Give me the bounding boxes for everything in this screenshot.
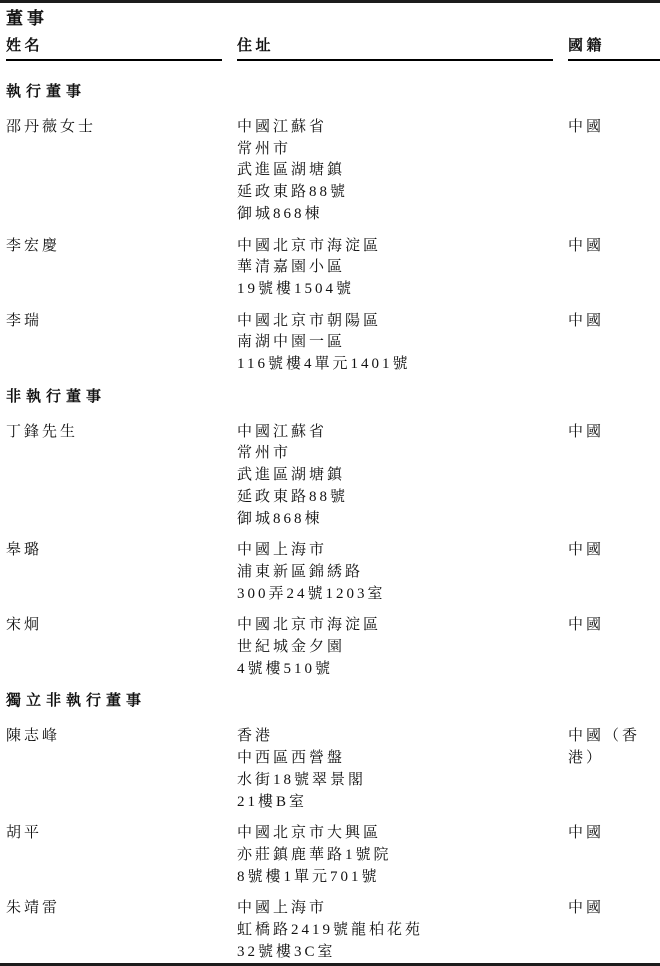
director-name: 皋璐 bbox=[6, 540, 237, 605]
column-header-address: 住址 bbox=[237, 38, 553, 61]
address-line: 8號樓1單元701號 bbox=[237, 867, 568, 889]
director-row: 邵丹薇女士中國江蘇省常州市武進區湖塘鎮延政東路88號御城868棟中國 bbox=[6, 117, 660, 226]
section-heading: 獨立非執行董事 bbox=[6, 692, 660, 710]
director-row: 李瑞中國北京市朝陽區南湖中園一區116號樓4單元1401號中國 bbox=[6, 311, 660, 376]
director-name: 邵丹薇女士 bbox=[6, 117, 237, 226]
address-line: 中國北京市大興區 bbox=[237, 823, 568, 845]
director-address: 中國北京市朝陽區南湖中園一區116號樓4單元1401號 bbox=[237, 311, 568, 376]
address-line: 中國北京市海淀區 bbox=[237, 615, 568, 637]
address-line: 中國上海市 bbox=[237, 540, 568, 562]
address-line: 中西區西營盤 bbox=[237, 748, 568, 770]
director-address: 中國上海市虹橋路2419號龍柏花苑32號樓3C室 bbox=[237, 898, 568, 963]
page-title: 董事 bbox=[6, 5, 660, 30]
director-name: 李宏慶 bbox=[6, 236, 237, 301]
address-line: 香港 bbox=[237, 726, 568, 748]
address-line: 300弄24號1203室 bbox=[237, 584, 568, 606]
document-page: 董事 姓名 住址 國籍 執行董事邵丹薇女士中國江蘇省常州市武進區湖塘鎮延政東路8… bbox=[0, 0, 660, 966]
address-line: 華清嘉園小區 bbox=[237, 257, 568, 279]
director-name: 宋炯 bbox=[6, 615, 237, 680]
address-line: 虹橋路2419號龍柏花苑 bbox=[237, 920, 568, 942]
address-line: 21樓B室 bbox=[237, 792, 568, 814]
director-address: 中國北京市海淀區華清嘉園小區19號樓1504號 bbox=[237, 236, 568, 301]
address-line: 南湖中園一區 bbox=[237, 332, 568, 354]
address-line: 32號樓3C室 bbox=[237, 942, 568, 964]
director-address: 中國北京市大興區亦莊鎮鹿華路1號院8號樓1單元701號 bbox=[237, 823, 568, 888]
section-heading: 非執行董事 bbox=[6, 388, 660, 406]
director-nationality: 中國 bbox=[568, 823, 660, 888]
address-line: 中國北京市海淀區 bbox=[237, 236, 568, 258]
address-line: 延政東路88號 bbox=[237, 182, 568, 204]
address-line: 亦莊鎮鹿華路1號院 bbox=[237, 845, 568, 867]
address-line: 水街18號翠景閣 bbox=[237, 770, 568, 792]
director-nationality: 中國 bbox=[568, 898, 660, 963]
address-line: 常州市 bbox=[237, 443, 568, 465]
address-line: 御城868棟 bbox=[237, 509, 568, 531]
director-nationality: 中國 bbox=[568, 236, 660, 301]
director-name: 李瑞 bbox=[6, 311, 237, 376]
director-address: 中國江蘇省常州市武進區湖塘鎮延政東路88號御城868棟 bbox=[237, 117, 568, 226]
director-row: 皋璐中國上海市浦東新區錦綉路300弄24號1203室中國 bbox=[6, 540, 660, 605]
address-line: 19號樓1504號 bbox=[237, 279, 568, 301]
address-line: 中國上海市 bbox=[237, 898, 568, 920]
director-nationality: 中國 bbox=[568, 117, 660, 226]
director-address: 中國江蘇省常州市武進區湖塘鎮延政東路88號御城868棟 bbox=[237, 422, 568, 531]
address-line: 御城868棟 bbox=[237, 204, 568, 226]
director-nationality: 中國 bbox=[568, 615, 660, 680]
director-row: 陳志峰香港中西區西營盤水街18號翠景閣21樓B室中國（香港） bbox=[6, 726, 660, 813]
director-name: 丁鋒先生 bbox=[6, 422, 237, 531]
director-nationality: 中國 bbox=[568, 540, 660, 605]
director-name: 陳志峰 bbox=[6, 726, 237, 813]
column-header-name: 姓名 bbox=[6, 38, 222, 61]
director-address: 香港中西區西營盤水街18號翠景閣21樓B室 bbox=[237, 726, 568, 813]
address-line: 武進區湖塘鎮 bbox=[237, 160, 568, 182]
director-row: 丁鋒先生中國江蘇省常州市武進區湖塘鎮延政東路88號御城868棟中國 bbox=[6, 422, 660, 531]
address-line: 116號樓4單元1401號 bbox=[237, 354, 568, 376]
address-line: 中國北京市朝陽區 bbox=[237, 311, 568, 333]
director-row: 李宏慶中國北京市海淀區華清嘉園小區19號樓1504號中國 bbox=[6, 236, 660, 301]
address-line: 浦東新區錦綉路 bbox=[237, 562, 568, 584]
address-line: 武進區湖塘鎮 bbox=[237, 465, 568, 487]
address-line: 中國江蘇省 bbox=[237, 422, 568, 444]
table-header: 姓名 住址 國籍 bbox=[6, 38, 660, 61]
directors-table: 執行董事邵丹薇女士中國江蘇省常州市武進區湖塘鎮延政東路88號御城868棟中國李宏… bbox=[6, 83, 660, 964]
director-row: 朱靖雷中國上海市虹橋路2419號龍柏花苑32號樓3C室中國 bbox=[6, 898, 660, 963]
director-name: 胡平 bbox=[6, 823, 237, 888]
section-heading: 執行董事 bbox=[6, 83, 660, 101]
column-header-nationality: 國籍 bbox=[568, 38, 660, 61]
address-line: 4號樓510號 bbox=[237, 659, 568, 681]
director-name: 朱靖雷 bbox=[6, 898, 237, 963]
director-nationality: 中國 bbox=[568, 422, 660, 531]
director-row: 宋炯中國北京市海淀區世紀城金夕園4號樓510號中國 bbox=[6, 615, 660, 680]
address-line: 延政東路88號 bbox=[237, 487, 568, 509]
director-row: 胡平中國北京市大興區亦莊鎮鹿華路1號院8號樓1單元701號中國 bbox=[6, 823, 660, 888]
address-line: 常州市 bbox=[237, 139, 568, 161]
address-line: 世紀城金夕園 bbox=[237, 637, 568, 659]
top-rule bbox=[0, 0, 660, 3]
director-nationality: 中國（香港） bbox=[568, 726, 660, 813]
director-address: 中國上海市浦東新區錦綉路300弄24號1203室 bbox=[237, 540, 568, 605]
address-line: 中國江蘇省 bbox=[237, 117, 568, 139]
director-nationality: 中國 bbox=[568, 311, 660, 376]
director-address: 中國北京市海淀區世紀城金夕園4號樓510號 bbox=[237, 615, 568, 680]
